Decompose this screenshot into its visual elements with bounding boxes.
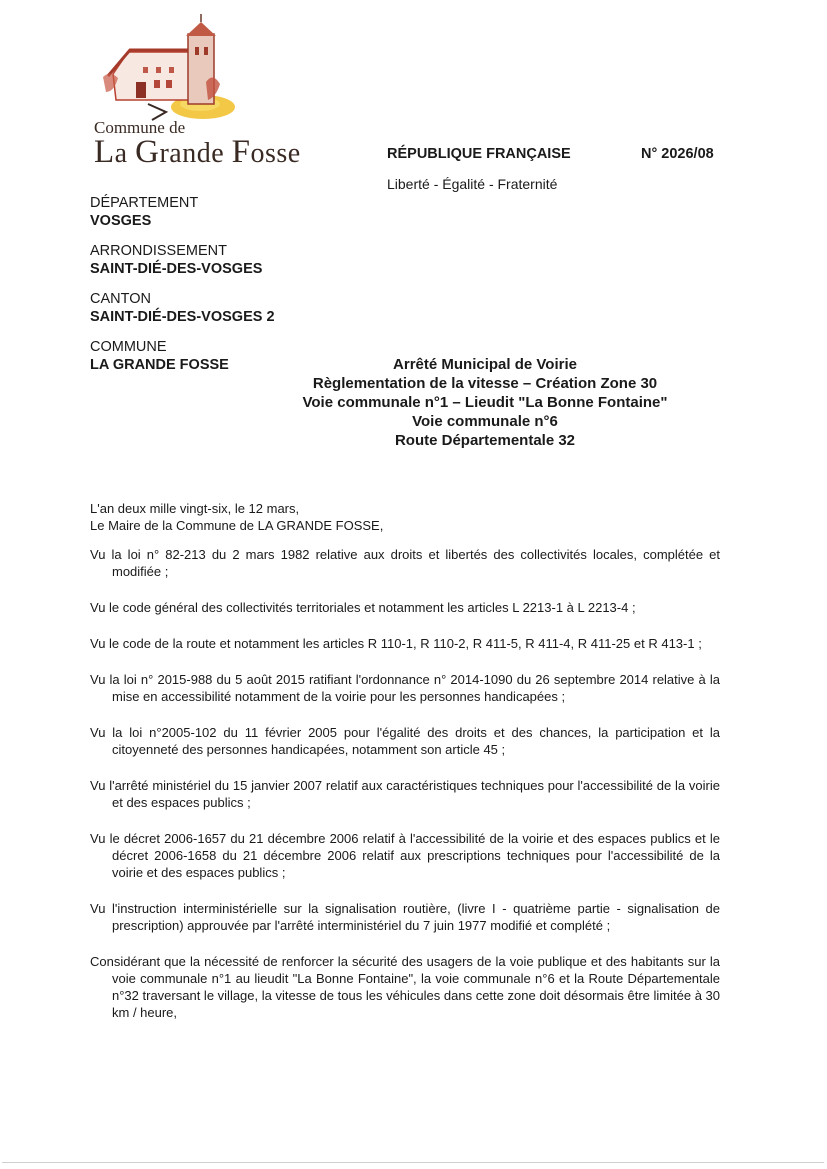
- visa-paragraph: Vu la loi n° 82-213 du 2 mars 1982 relat…: [90, 546, 720, 580]
- visa-paragraph: Vu le code de la route et notamment les …: [90, 635, 720, 652]
- document-body: L'an deux mille vingt-six, le 12 mars, L…: [90, 500, 720, 1040]
- visa-paragraph: Vu le code général des collectivités ter…: [90, 599, 720, 616]
- admin-value: LA GRANDE FOSSE: [90, 356, 275, 374]
- page-edge-line: [2, 1162, 824, 1163]
- admin-label: CANTON: [90, 290, 275, 308]
- visa-paragraph: Vu l'arrêté ministériel du 15 janvier 20…: [90, 777, 720, 811]
- intro-maire: Le Maire de la Commune de LA GRANDE FOSS…: [90, 517, 720, 534]
- admin-label: COMMUNE: [90, 338, 275, 356]
- title-line: Voie communale n°1 – Lieudit "La Bonne F…: [250, 393, 720, 412]
- arrete-number: N° 2026/08: [641, 146, 714, 162]
- admin-label: ARRONDISSEMENT: [90, 242, 275, 260]
- admin-label: DÉPARTEMENT: [90, 194, 275, 212]
- considerant-paragraph: Considérant que la nécessité de renforce…: [90, 953, 720, 1021]
- republique-heading: RÉPUBLIQUE FRANÇAISE: [387, 146, 571, 162]
- admin-arrondissement: ARRONDISSEMENT SAINT-DIÉ-DES-VOSGES: [90, 242, 275, 278]
- admin-value: SAINT-DIÉ-DES-VOSGES: [90, 260, 275, 278]
- administrative-info: DÉPARTEMENT VOSGES ARRONDISSEMENT SAINT-…: [90, 194, 275, 386]
- admin-canton: CANTON SAINT-DIÉ-DES-VOSGES 2: [90, 290, 275, 326]
- admin-value: SAINT-DIÉ-DES-VOSGES 2: [90, 308, 275, 326]
- church-illustration-icon: [88, 12, 268, 122]
- intro: L'an deux mille vingt-six, le 12 mars, L…: [90, 500, 720, 534]
- devise: Liberté - Égalité - Fraternité: [387, 176, 557, 192]
- logo-line2: La Grande Fosse: [94, 134, 301, 171]
- visa-paragraph: Vu la loi n°2005-102 du 11 février 2005 …: [90, 724, 720, 758]
- admin-value: VOSGES: [90, 212, 275, 230]
- visa-paragraph: Vu la loi n° 2015-988 du 5 août 2015 rat…: [90, 671, 720, 705]
- title-line: Route Départementale 32: [250, 431, 720, 450]
- admin-departement: DÉPARTEMENT VOSGES: [90, 194, 275, 230]
- title-line: Arrêté Municipal de Voirie: [250, 355, 720, 374]
- title-line: Règlementation de la vitesse – Création …: [250, 374, 720, 393]
- document-title: Arrêté Municipal de Voirie Règlementatio…: [250, 355, 720, 450]
- visa-paragraph: Vu le décret 2006-1657 du 21 décembre 20…: [90, 830, 720, 881]
- title-line: Voie communale n°6: [250, 412, 720, 431]
- admin-commune: COMMUNE LA GRANDE FOSSE: [90, 338, 275, 374]
- commune-logo: Commune de La Grande Fosse: [88, 12, 318, 162]
- visa-paragraph: Vu l'instruction interministérielle sur …: [90, 900, 720, 934]
- intro-date: L'an deux mille vingt-six, le 12 mars,: [90, 500, 720, 517]
